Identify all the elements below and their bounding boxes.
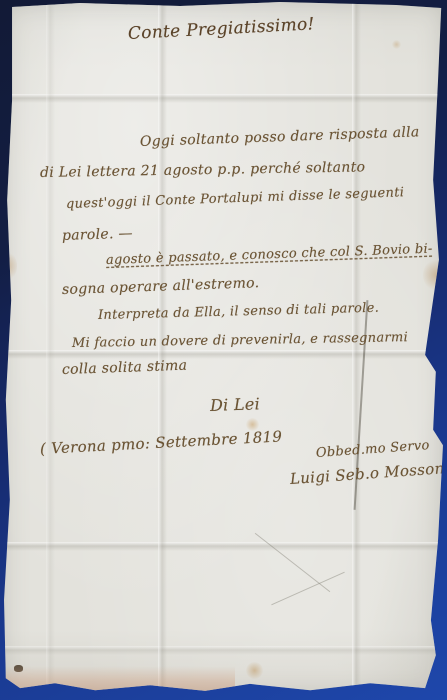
letter-valediction: Di Lei (210, 394, 261, 415)
fold-crease-horizontal (0, 94, 447, 103)
signature-title: Obbed.mo Servo (315, 438, 430, 461)
stain (423, 258, 447, 292)
letter-line: colla solita stima (62, 358, 188, 378)
wrinkle-crease (271, 572, 344, 605)
letter-line: Interpreta da Ella, il senso di tali par… (98, 301, 379, 323)
signature-name: Luigi Seb.o Mossoni (289, 459, 447, 488)
fold-crease-horizontal (0, 542, 447, 551)
letter-line: Oggi soltanto posso dare risposta alla (140, 124, 420, 150)
letter-line: agosto è passato, e conosco che col S. B… (106, 242, 433, 268)
fold-crease-vertical (46, 0, 55, 700)
torn-edge-discoloration (0, 666, 235, 692)
fold-crease-vertical (158, 0, 167, 700)
fold-crease-horizontal (0, 646, 447, 655)
fold-crease-horizontal (0, 350, 447, 359)
letter-salutation: Conte Pregiatissimo! (127, 14, 315, 44)
stain (392, 40, 401, 49)
stain (246, 662, 263, 679)
letter-line: di Lei lettera 21 agosto p.p. perché sol… (40, 159, 366, 181)
stain (0, 250, 17, 282)
letter-paper: Conte Pregiatissimo! Oggi soltanto posso… (0, 0, 447, 700)
letter-photo: Conte Pregiatissimo! Oggi soltanto posso… (0, 0, 447, 700)
fold-crease-vertical (352, 0, 361, 700)
letter-line: parole. — (62, 226, 133, 244)
